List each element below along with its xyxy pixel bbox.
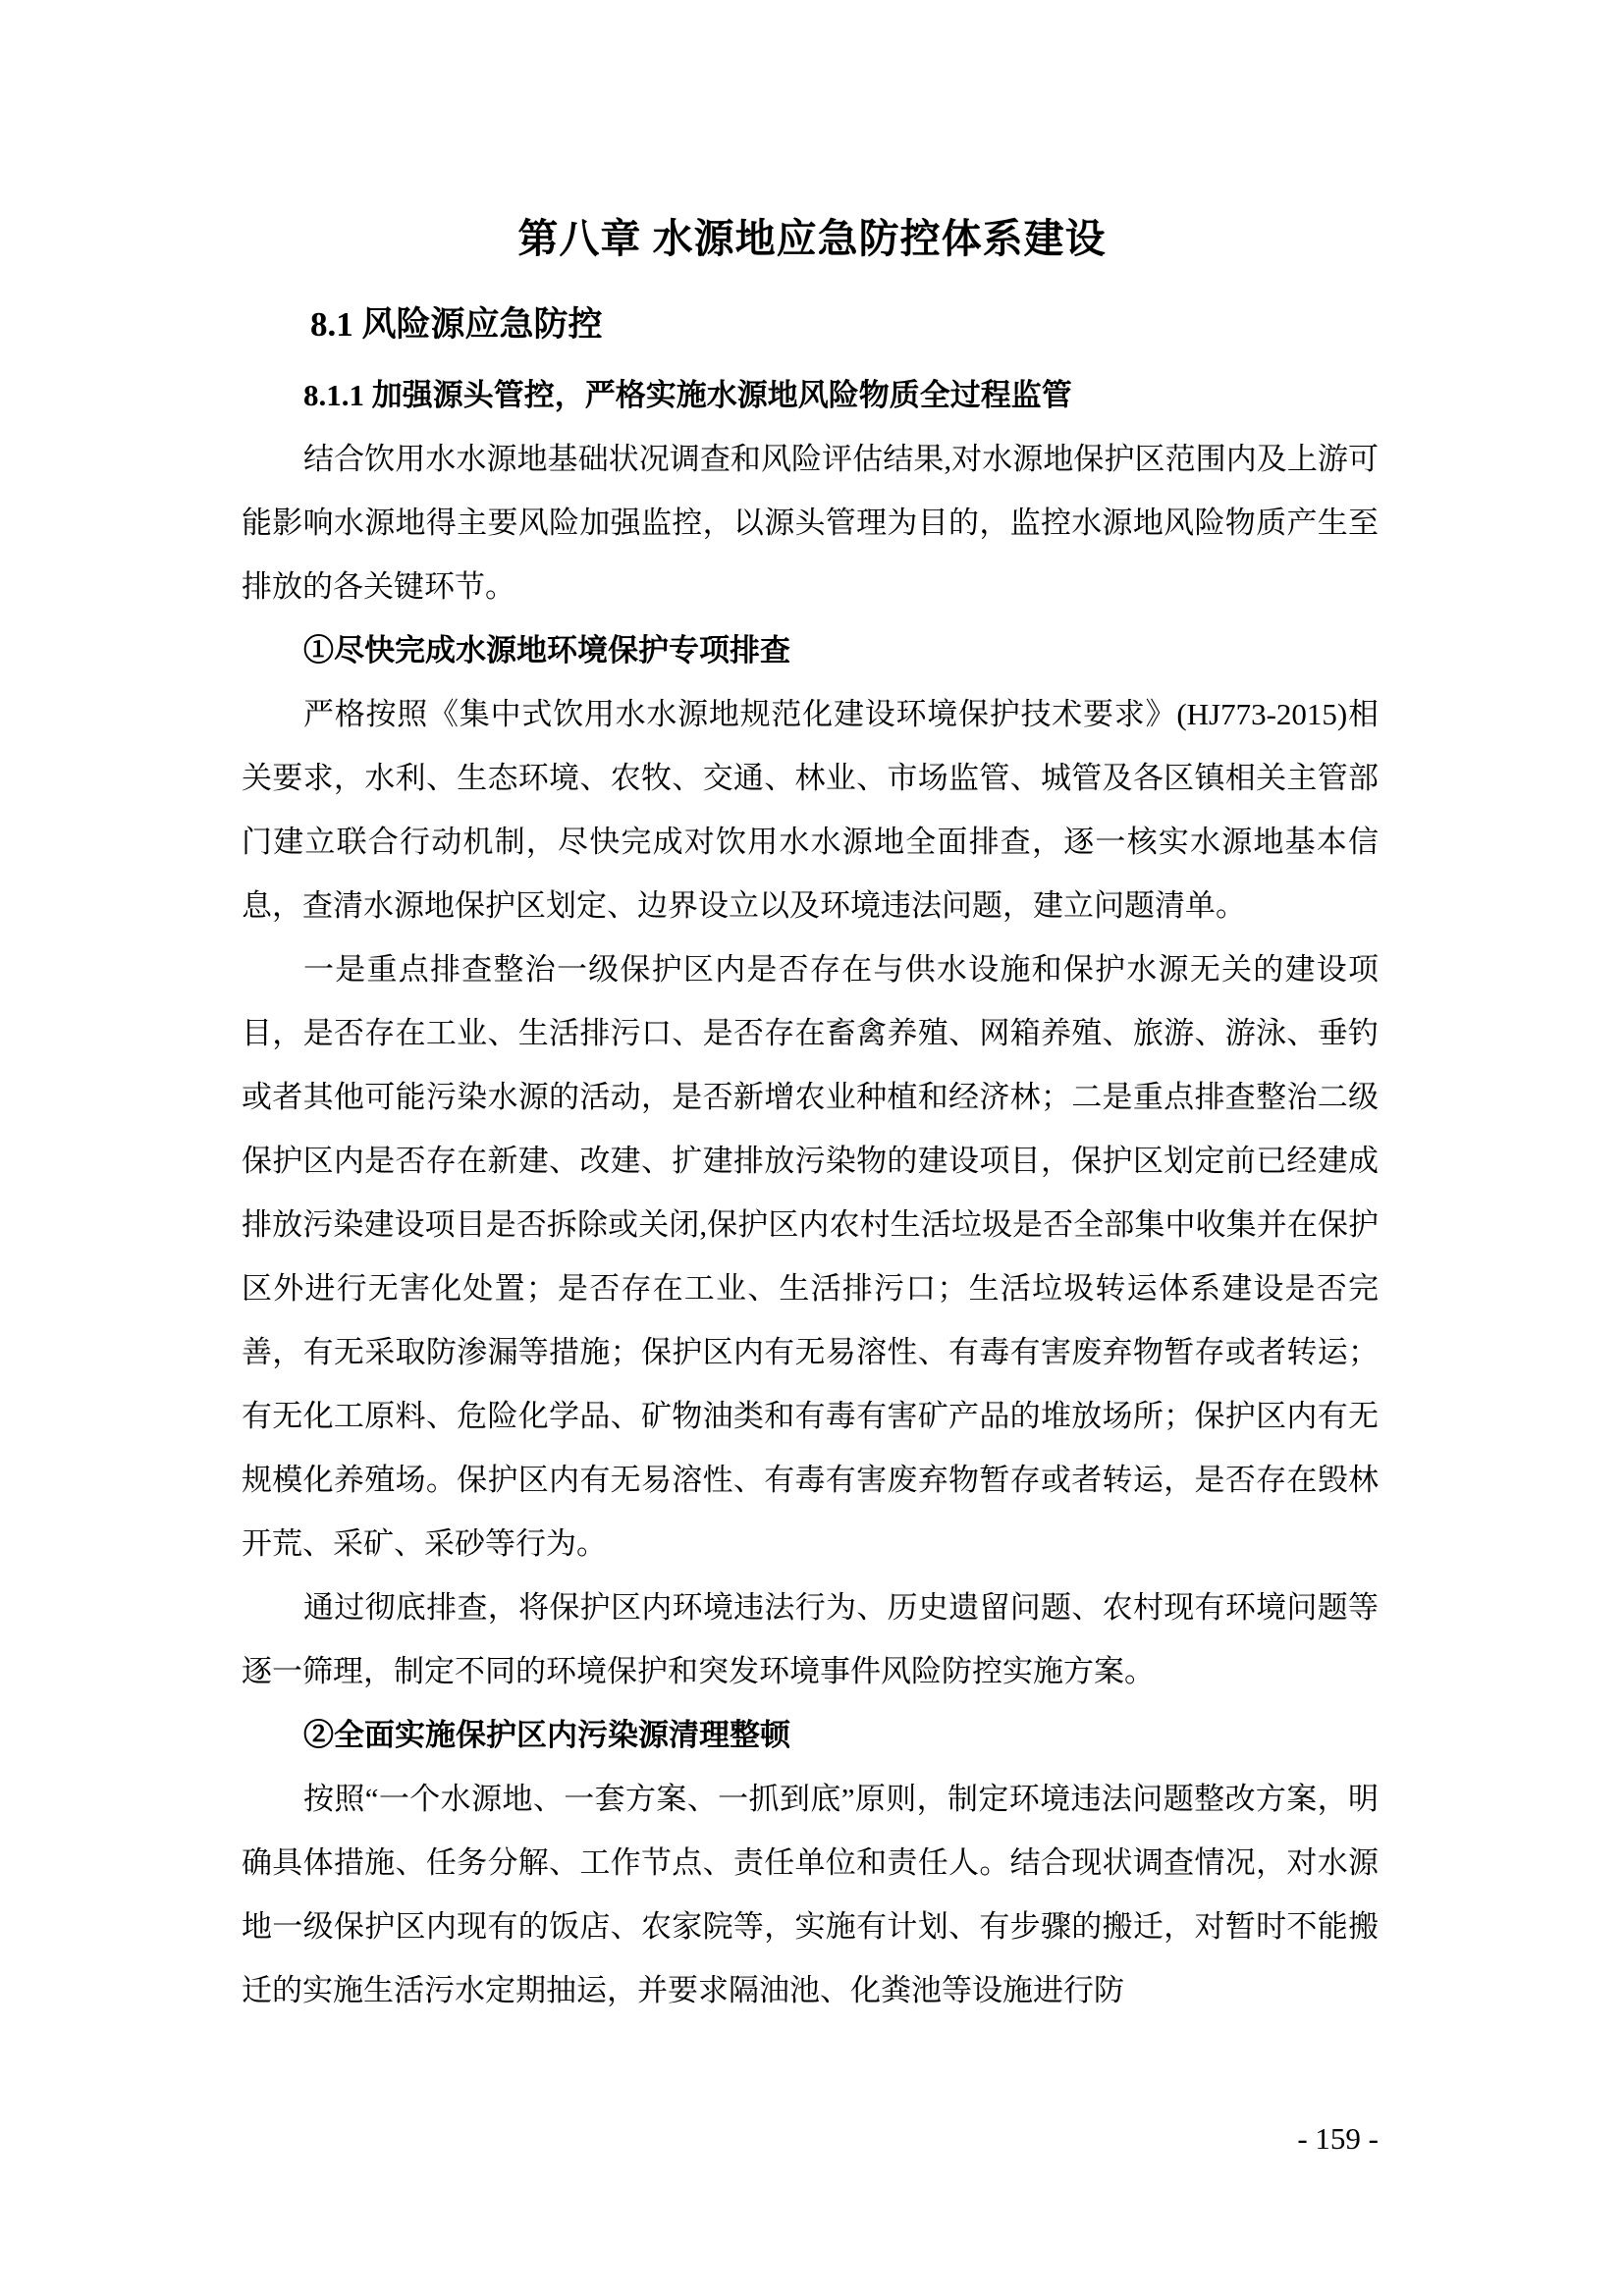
item-heading-2: ②全面实施保护区内污染源清理整顿	[242, 1703, 1379, 1767]
page-number: - 159 -	[1297, 2107, 1379, 2170]
chapter-title: 第八章 水源地应急防控体系建设	[0, 0, 1624, 265]
paragraph-key-inspection-items: 一是重点排查整治一级保护区内是否存在与供水设施和保护水源无关的建设项目，是否存在…	[242, 937, 1379, 1575]
item-heading-1: ①尽快完成水源地环境保护专项排查	[242, 618, 1379, 682]
document-page: 第八章 水源地应急防控体系建设 8.1 风险源应急防控 8.1.1 加强源头管控…	[0, 0, 1624, 2296]
paragraph-overview: 结合饮用水水源地基础状况调查和风险评估结果,对水源地保护区范围内及上游可能影响水…	[242, 427, 1379, 618]
section-heading: 8.1 风险源应急防控	[310, 302, 1379, 347]
subsection-heading: 8.1.1 加强源头管控，严格实施水源地风险物质全过程监管	[242, 363, 1379, 427]
paragraph-screening-plan: 通过彻底排查，将保护区内环境违法行为、历史遗留问题、农村现有环境问题等逐一筛理，…	[242, 1575, 1379, 1703]
paragraph-cleanup-measures: 按照“一个水源地、一套方案、一抓到底”原则，制定环境违法问题整改方案，明确具体措…	[242, 1767, 1379, 2022]
paragraph-inspection-requirements: 严格按照《集中式饮用水水源地规范化建设环境保护技术要求》(HJ773-2015)…	[242, 682, 1379, 937]
page-content: 8.1 风险源应急防控 8.1.1 加强源头管控，严格实施水源地风险物质全过程监…	[242, 302, 1379, 2022]
